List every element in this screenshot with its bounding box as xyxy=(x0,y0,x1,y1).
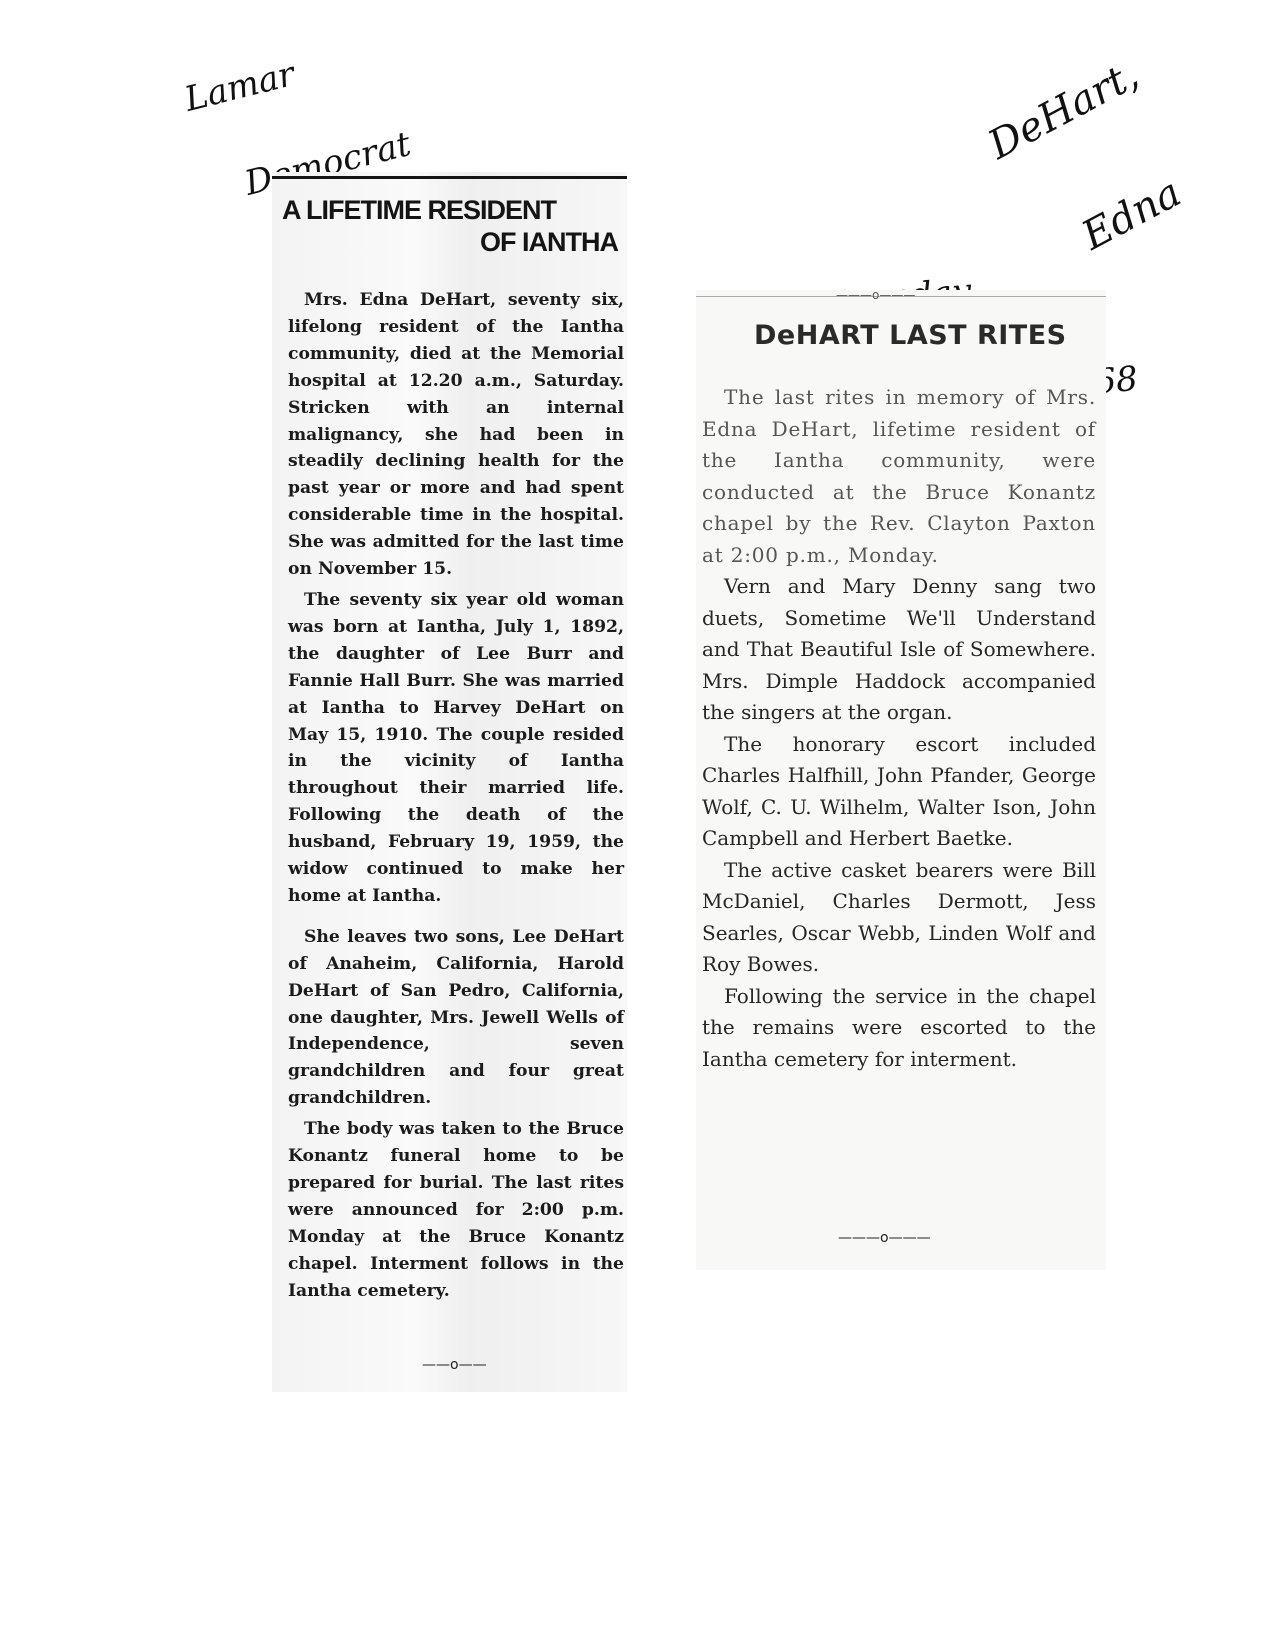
headline-line: OF IANTHA xyxy=(282,226,622,258)
clipping-body: The last rites in memory of Mrs. Edna De… xyxy=(702,382,1096,1075)
funeral-clipping: ———o——— DeHART LAST RITES The last rites… xyxy=(696,290,1106,1270)
paragraph: She leaves two sons, Lee DeHart of Anahe… xyxy=(288,924,624,1112)
separator-mark: ———o——— xyxy=(836,288,915,302)
note-line: DeHart, xyxy=(983,54,1145,166)
paragraph: The body was taken to the Bruce Konantz … xyxy=(288,1116,624,1304)
top-rule xyxy=(272,176,627,179)
note-line: Lamar xyxy=(181,0,525,117)
paragraph: Following the service in the chapel the … xyxy=(702,981,1096,1076)
clipping-headline: A LIFETIME RESIDENT OF IANTHA xyxy=(282,194,622,258)
paragraph: Mrs. Edna DeHart, seventy six, lifelong … xyxy=(288,287,624,583)
paragraph: The seventy six year old woman was born … xyxy=(288,587,624,910)
clipping-headline: DeHART LAST RITES xyxy=(754,320,1067,351)
paragraph: Vern and Mary Denny sang two duets, Some… xyxy=(702,571,1096,729)
headline-line: A LIFETIME RESIDENT xyxy=(282,195,556,225)
clipping-body: Mrs. Edna DeHart, seventy six, lifelong … xyxy=(288,287,624,1305)
paragraph: The last rites in memory of Mrs. Edna De… xyxy=(702,382,1096,571)
paragraph: The honorary escort included Charles Hal… xyxy=(702,729,1096,855)
end-mark: ——o—— xyxy=(422,1357,487,1373)
paragraph: The active casket bearers were Bill McDa… xyxy=(702,855,1096,981)
end-mark: ———o——— xyxy=(838,1230,931,1246)
obituary-clipping: A LIFETIME RESIDENT OF IANTHA Mrs. Edna … xyxy=(272,172,627,1392)
